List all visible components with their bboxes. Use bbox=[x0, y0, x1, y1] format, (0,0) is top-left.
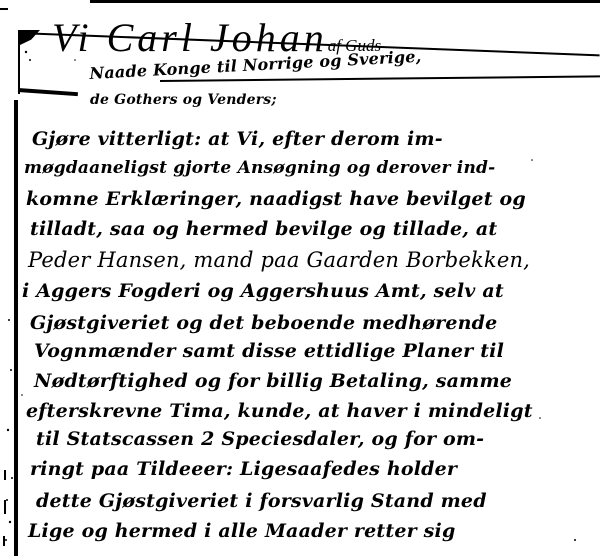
text-line-2: de Gothers og Venders; bbox=[90, 92, 277, 108]
text-line-13: til Statscassen 2 Speciesdaler, og for o… bbox=[36, 428, 484, 450]
text-line-5: komne Erklæringer, naadigst have bevilge… bbox=[26, 188, 526, 210]
document-page: Vi Carl Johanaf Guds Naade Konge til Nor… bbox=[0, 0, 600, 556]
text-line-12: efterskrevne Tima, kunde, at haver i min… bbox=[26, 400, 533, 422]
text-line-15: dette Gjøstgiveriet i forsvarlig Stand m… bbox=[36, 490, 487, 512]
left-margin-border bbox=[14, 100, 18, 556]
text-line-4: møgdaaneligst gjorte Ansøgning og derove… bbox=[24, 158, 495, 178]
top-edge-mark bbox=[0, 8, 8, 10]
text-line-6: tilladt, saa og hermed bevilge og tillad… bbox=[30, 218, 497, 240]
text-line-11: Nødtørftighed og for billig Betaling, sa… bbox=[34, 370, 512, 392]
text-line-8: i Aggers Fogderi og Aggershuus Amt, selv… bbox=[22, 280, 504, 302]
header-underline bbox=[160, 75, 600, 82]
left-border-tick bbox=[18, 88, 78, 96]
text-line-14: ringt paa Tildeeer: Ligesaafedes holder bbox=[30, 458, 457, 480]
text-line-3: Gjøre vitterligt: at Vi, efter derom im- bbox=[32, 128, 443, 150]
text-line-16: Lige og hermed i alle Maader retter sig bbox=[28, 520, 455, 542]
text-line-10: Vognmænder samt disse ettidlige Planer t… bbox=[34, 340, 504, 362]
top-edge-rule bbox=[90, 0, 600, 3]
text-line-9: Gjøstgiveriet og det beboende medhørende bbox=[30, 312, 497, 334]
left-border-upper bbox=[18, 34, 20, 94]
text-line-7: Peder Hansen, mand paa Gaarden Borbekken… bbox=[28, 248, 530, 272]
